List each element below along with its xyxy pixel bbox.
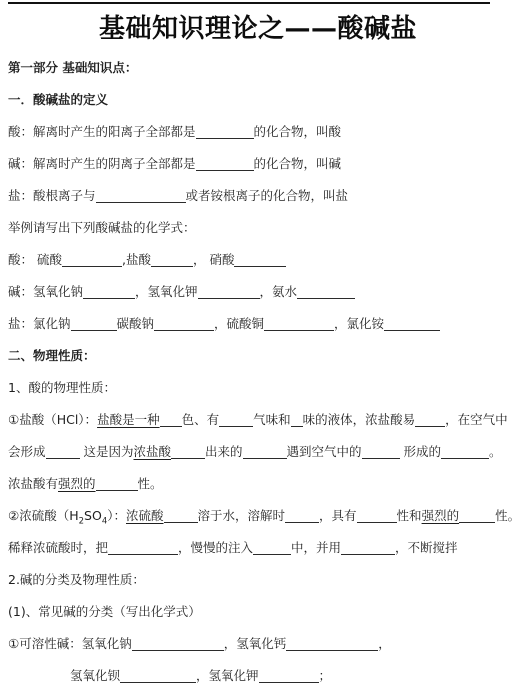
fill-in-blank: [120, 670, 196, 684]
text-run: 出来的: [205, 444, 243, 459]
text-run: 酸：解离时产生的阳离子全部都是: [8, 124, 196, 139]
text-run: 盐：氯化钠: [8, 316, 71, 331]
underlined-text: 浓盐酸: [134, 444, 172, 459]
fill-in-blank: [415, 414, 445, 428]
soluble-base-line1: ①可溶性碱：氢氧化钠，氢氧化钙，: [8, 628, 519, 660]
text-run: SO: [84, 508, 102, 523]
text-run: 形成的: [400, 444, 441, 459]
text-run: ，慢慢的注入: [178, 540, 253, 555]
text-run: 遇到空气中的: [287, 444, 362, 459]
fill-in-blank: [154, 318, 214, 332]
underlined-text: 强烈的: [422, 508, 460, 523]
text-run: (1)、常见碱的分类（写出化学式）: [8, 604, 201, 619]
part2-heading: 二、物理性质：: [8, 340, 519, 372]
text-run: 酸： 硫酸: [8, 252, 62, 267]
acid-examples: 酸： 硫酸,盐酸， 硝酸: [8, 244, 519, 276]
text-run: 2.碱的分类及物理性质：: [8, 572, 145, 587]
text-run: 二、物理性质：: [8, 348, 96, 363]
hcl-properties-line3: 浓盐酸有强烈的性。: [8, 468, 519, 500]
text-run: 氢氧化钡: [70, 668, 120, 683]
fill-in-blank: [196, 126, 254, 140]
base-definition: 碱：解离时产生的阴离子全部都是的化合物，叫碱: [8, 148, 519, 180]
h2so4-properties: ②浓硫酸（H2SO4）：浓硫酸溶于水，溶解时，具有性和强烈的性。: [8, 500, 519, 532]
text-run: ①盐酸（HCl）：: [8, 412, 97, 427]
text-run: ，氢氧化钙: [224, 636, 287, 651]
underlined-text: 浓硫酸: [126, 508, 164, 523]
hcl-properties-line1: ①盐酸（HCl）：盐酸是一种色、有气味和味的液体，浓盐酸易，在空气中: [8, 404, 519, 436]
text-run: 第一部分 基础知识点：: [8, 60, 137, 75]
base-classification-heading: 2.碱的分类及物理性质：: [8, 564, 519, 596]
text-run: ，具有: [319, 508, 357, 523]
text-run: 碱：氢氧化钠: [8, 284, 83, 299]
text-run: 一．酸碱盐的定义: [8, 92, 108, 107]
fill-in-blank: [286, 638, 378, 652]
text-run: 性。: [495, 508, 519, 523]
text-run: ，氢氧化钾: [135, 284, 198, 299]
fill-in-blank: [46, 446, 80, 460]
text-run: 这是因为: [80, 444, 134, 459]
top-rule: [8, 2, 490, 4]
text-run: ，氯化铵: [334, 316, 384, 331]
text-run: ，氨水: [260, 284, 298, 299]
fill-in-blank: [253, 542, 291, 556]
worksheet-page: 基础知识理论之——酸碱盐 第一部分 基础知识点：一．酸碱盐的定义酸：解离时产生的…: [0, 0, 519, 688]
salt-definition: 盐：酸根离子与或者铵根离子的化合物，叫盐: [8, 180, 519, 212]
text-run: 溶于水，溶解时: [198, 508, 286, 523]
fill-in-blank: [108, 542, 178, 556]
document-body: 第一部分 基础知识点：一．酸碱盐的定义酸：解离时产生的阳离子全部都是的化合物，叫…: [8, 52, 519, 688]
text-run: 气味和: [253, 412, 291, 427]
fill-in-blank: [259, 670, 319, 684]
acid-physical-heading: 1、酸的物理性质：: [8, 372, 519, 404]
text-run: ， 硝酸: [193, 252, 234, 267]
fill-in-blank: [160, 414, 182, 428]
acid-definition: 酸：解离时产生的阳离子全部都是的化合物，叫酸: [8, 116, 519, 148]
part1-heading: 第一部分 基础知识点：: [8, 52, 519, 84]
text-run: 会形成: [8, 444, 46, 459]
fill-in-blank: [198, 286, 260, 300]
underlined-text: 强烈的: [58, 476, 96, 491]
salt-examples: 盐：氯化钠碳酸钠，硫酸铜，氯化铵: [8, 308, 519, 340]
fill-in-blank: [164, 510, 198, 524]
fill-in-blank: [219, 414, 253, 428]
fill-in-blank: [71, 318, 117, 332]
underlined-text: 盐酸是一种: [97, 412, 160, 427]
text-run: 碱：解离时产生的阴离子全部都是: [8, 156, 196, 171]
soluble-base-line2: 氢氧化钡，氢氧化钾；: [8, 660, 519, 688]
fill-in-blank: [384, 318, 440, 332]
text-run: 浓盐酸有: [8, 476, 58, 491]
text-run: ）：: [107, 508, 126, 523]
text-run: 的化合物，叫碱: [254, 156, 342, 171]
text-run: 举例请写出下列酸碱盐的化学式：: [8, 220, 196, 235]
fill-in-blank: [151, 254, 193, 268]
fill-in-blank: [96, 190, 186, 204]
text-run: 1、酸的物理性质：: [8, 380, 116, 395]
definitions-heading: 一．酸碱盐的定义: [8, 84, 519, 116]
text-run: ，不断搅拌: [395, 540, 458, 555]
fill-in-blank: [459, 510, 495, 524]
fill-in-blank: [96, 478, 138, 492]
fill-in-blank: [83, 286, 135, 300]
text-run: ①可溶性碱：氢氧化钠: [8, 636, 132, 651]
fill-in-blank: [243, 446, 287, 460]
base-examples: 碱：氢氧化钠，氢氧化钾，氨水: [8, 276, 519, 308]
fill-in-blank: [234, 254, 286, 268]
fill-in-blank: [297, 286, 355, 300]
fill-in-blank: [196, 158, 254, 172]
fill-in-blank: [132, 638, 224, 652]
text-run: 或者铵根离子的化合物，叫盐: [186, 188, 349, 203]
text-run: 盐：酸根离子与: [8, 188, 96, 203]
fill-in-blank: [291, 414, 303, 428]
page-title: 基础知识理论之——酸碱盐: [8, 0, 508, 46]
common-base-subheading: (1)、常见碱的分类（写出化学式）: [8, 596, 519, 628]
fill-in-blank: [264, 318, 334, 332]
text-run: 。: [489, 444, 502, 459]
text-run: ；: [319, 668, 332, 683]
text-run: 味的液体，浓盐酸易: [303, 412, 416, 427]
fill-in-blank: [441, 446, 489, 460]
text-run: 色、有: [182, 412, 220, 427]
text-run: ,盐酸: [122, 252, 151, 267]
fill-in-blank: [362, 446, 400, 460]
text-run: ，在空气中: [445, 412, 508, 427]
fill-in-blank: [357, 510, 397, 524]
fill-in-blank: [171, 446, 205, 460]
fill-in-blank: [341, 542, 395, 556]
fill-in-blank: [62, 254, 122, 268]
formula-prompt: 举例请写出下列酸碱盐的化学式：: [8, 212, 519, 244]
text-run: ，氢氧化钾: [196, 668, 259, 683]
text-run: 性和: [397, 508, 422, 523]
dilution-instruction: 稀释浓硫酸时，把，慢慢的注入中，并用，不断搅拌: [8, 532, 519, 564]
text-run: 稀释浓硫酸时，把: [8, 540, 108, 555]
text-run: 碳酸钠: [117, 316, 155, 331]
fill-in-blank: [285, 510, 319, 524]
hcl-properties-line2: 会形成 这是因为浓盐酸出来的遇到空气中的 形成的。: [8, 436, 519, 468]
text-run: ，硫酸铜: [214, 316, 264, 331]
text-run: 性。: [138, 476, 163, 491]
text-run: ，: [378, 636, 391, 651]
text-run: 中，并用: [291, 540, 341, 555]
text-run: ②浓硫酸（H: [8, 508, 79, 523]
text-run: 的化合物，叫酸: [254, 124, 342, 139]
